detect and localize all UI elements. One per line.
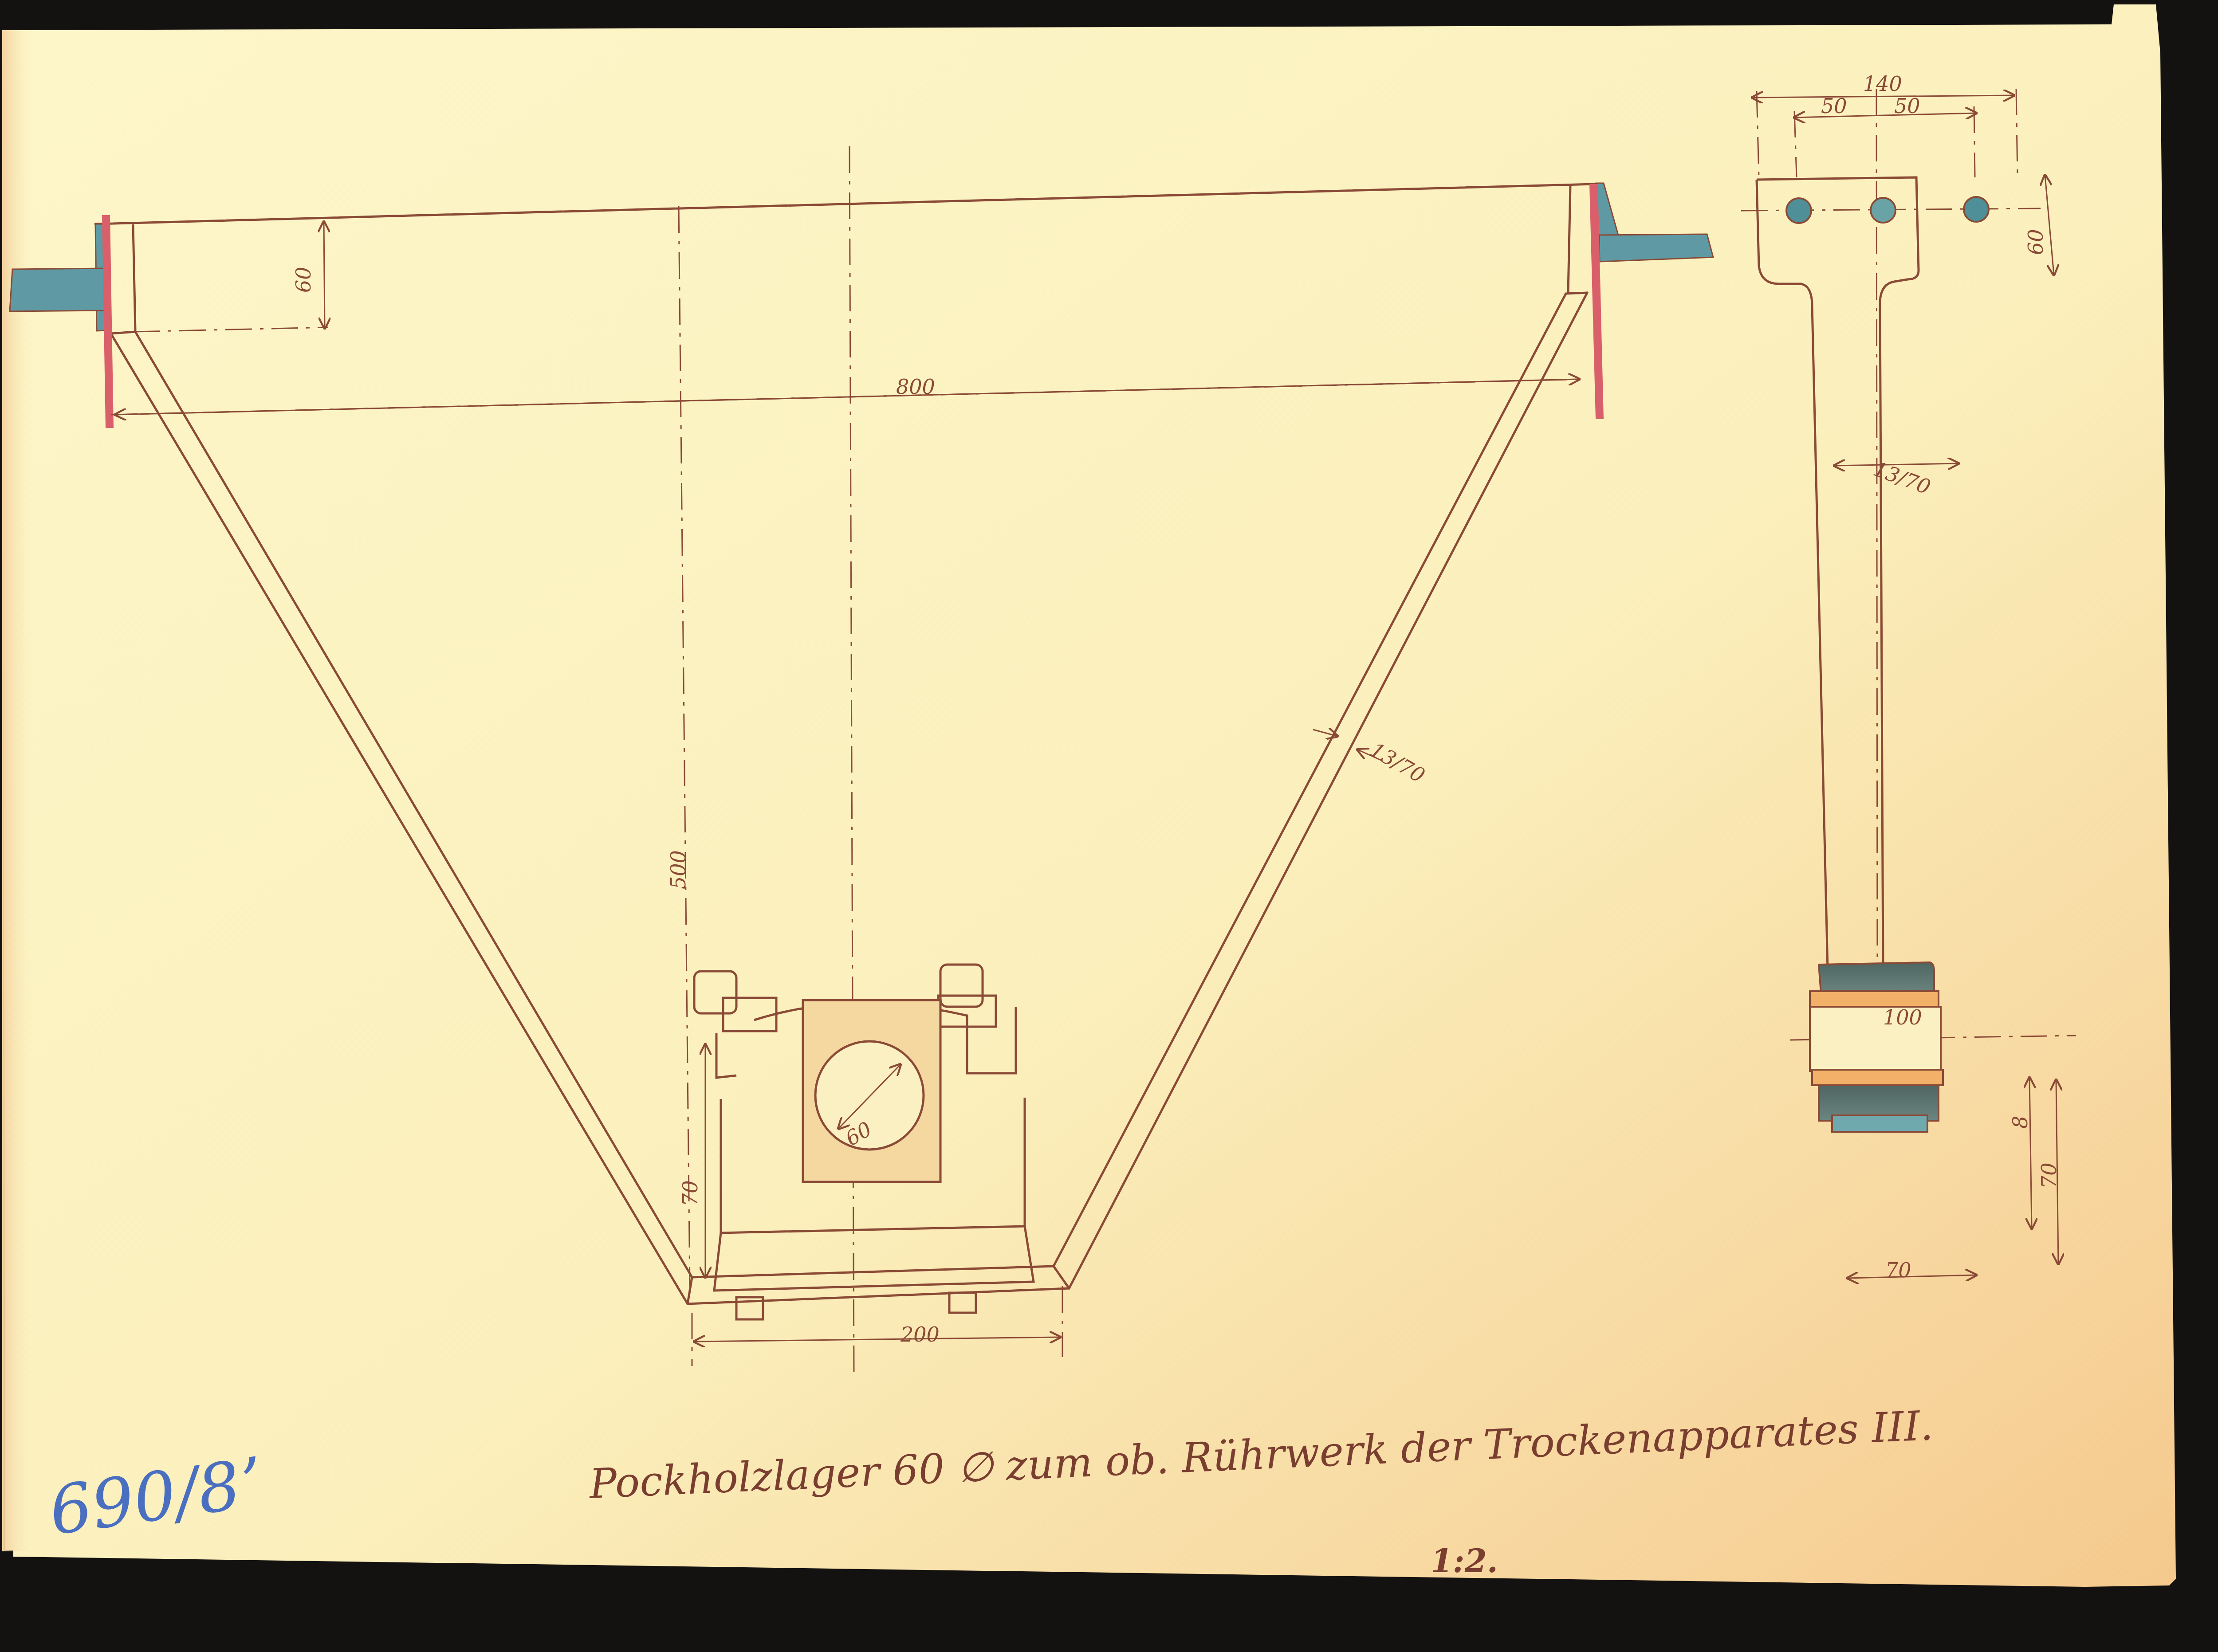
dim-side-base-width: 70 [1885,1258,1911,1282]
dim-overall-width: 140 [1863,72,1902,96]
dim-bush-height: 70 [2037,1162,2061,1189]
dim-top-depth: 60 [291,267,315,293]
dim-bearing-height: 70 [678,1180,702,1206]
dim-bush-offset: 8 [2008,1116,2032,1129]
side-liner-top [1810,991,1939,1007]
right-rim-bottom [1566,293,1587,294]
side-liner-bottom [1812,1070,1943,1085]
dim-inner-width: 800 [896,375,935,399]
dim-plate-height: 60 [2024,229,2048,255]
paper-sheet [2,4,2176,1587]
side-foot-blue [1832,1115,1927,1132]
bolt-hole-left [1786,198,1811,223]
drawing-scale: 1:2. [1431,1542,1498,1580]
bolt-hole-right [1964,197,1989,222]
right-angle-horizontal [1599,234,1713,262]
bolt-hole-middle [1871,198,1896,223]
dim-hole-pitch-right: 50 [1894,94,1920,118]
dim-base-width: 200 [900,1322,940,1346]
dim-height: 500 [666,850,690,889]
left-angle-horizontal [10,268,106,311]
dim-bearing-length: 100 [1883,1005,1922,1029]
technical-drawing: 60 800 500 13/70 200 70 60 140 50 50 60 … [0,0,2218,1652]
dim-hole-pitch-left: 50 [1821,94,1847,118]
paper-shadow-edge [2,30,33,1551]
side-cap-gray [1819,962,1934,993]
drawing-sheet: 60 800 500 13/70 200 70 60 140 50 50 60 … [0,0,2218,1652]
